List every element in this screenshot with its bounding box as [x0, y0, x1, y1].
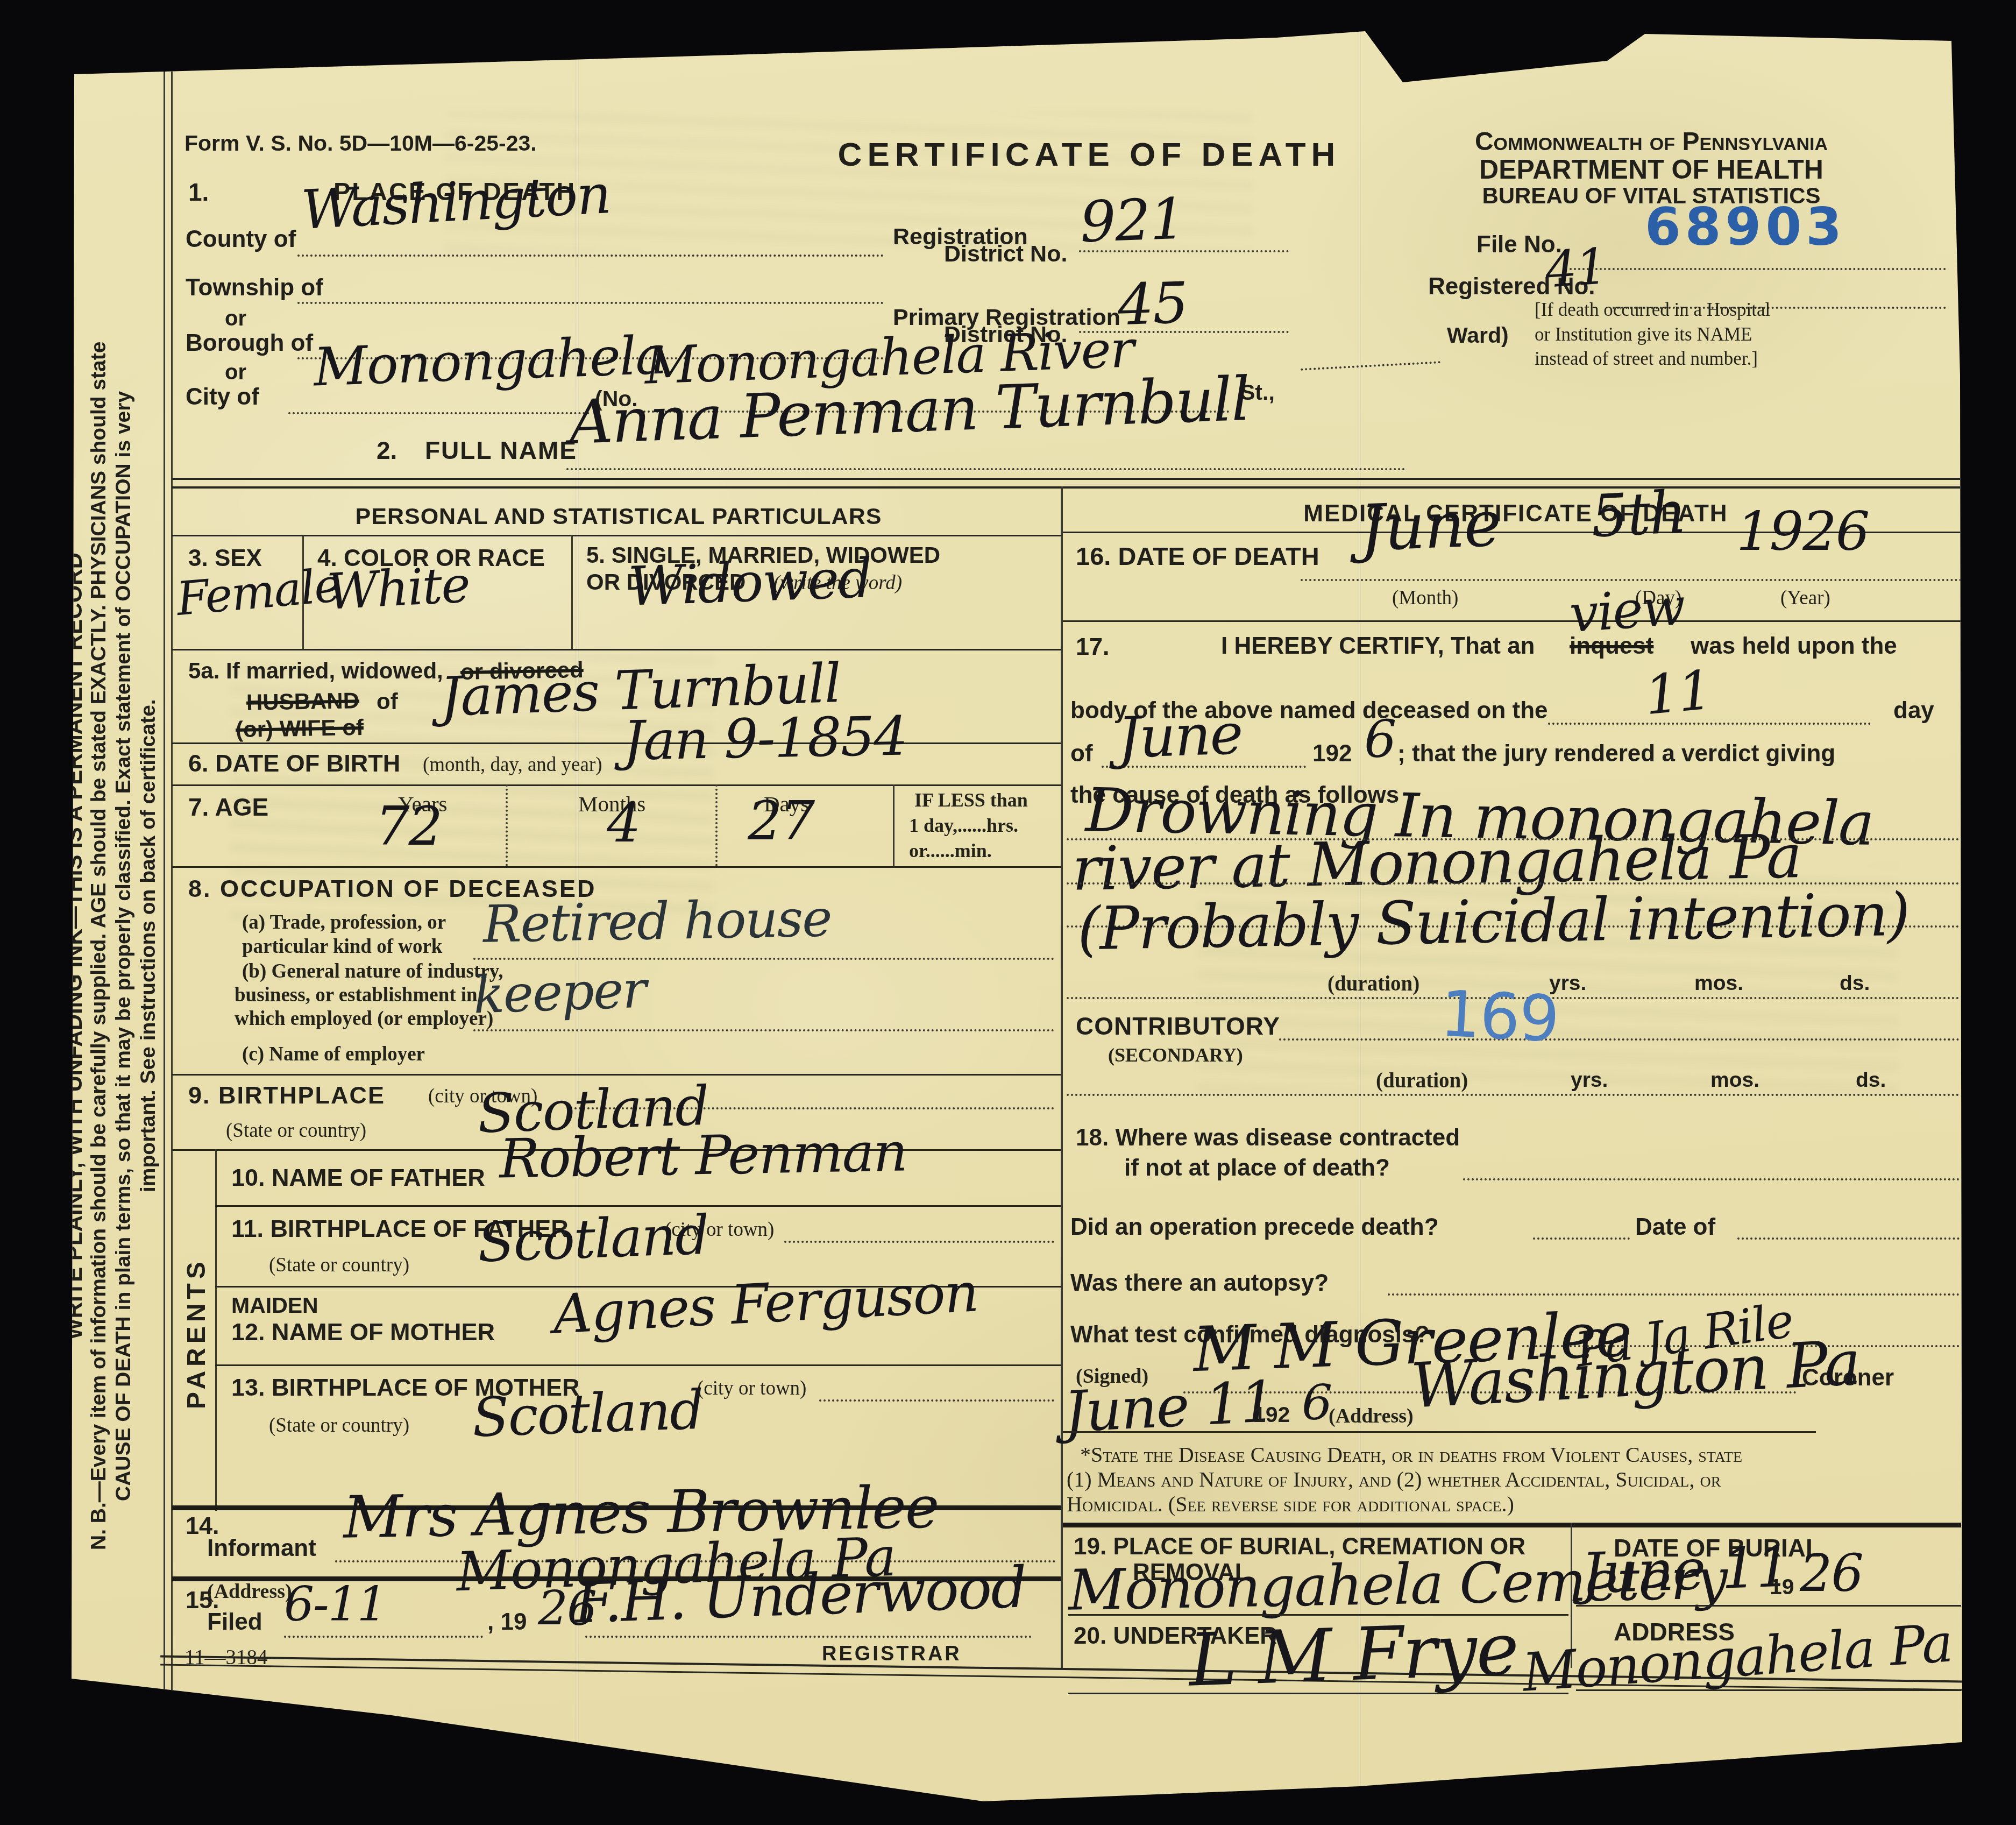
dod-year-label: (Year) [1780, 586, 1830, 610]
secondary-label: (SECONDARY) [1108, 1044, 1243, 1066]
column-divider [1061, 486, 1063, 1668]
fullname-label: FULL NAME [425, 436, 577, 465]
father-bp-line [784, 1241, 1054, 1243]
undertaker-signature: L M Frye [1188, 1612, 1519, 1696]
certify-month-value: June [1117, 706, 1243, 767]
dod-month-value: June [1359, 491, 1501, 560]
fullname-no: 2. [377, 436, 397, 465]
file-no-line [1570, 268, 1946, 270]
occ-b-value: keeper [472, 964, 647, 1021]
race-value: White [326, 560, 471, 617]
city-line [288, 412, 590, 414]
ward-label: Ward) [1447, 323, 1509, 348]
age-years-value: 72 [375, 800, 442, 853]
rule-under-12 [215, 1364, 1061, 1366]
place-section-no: 1. [188, 178, 209, 207]
mos-label-1: mos. [1694, 972, 1743, 995]
age-label: 7. AGE [188, 793, 268, 822]
rule-under-5a [172, 742, 1061, 744]
birthplace-label: 9. BIRTHPLACE [188, 1081, 385, 1109]
date-of-label: Date of [1635, 1214, 1715, 1241]
file-no-stamp: 68903 [1645, 197, 1846, 257]
dob-label: 6. DATE OF BIRTH [188, 749, 400, 777]
or-label-1: or [225, 307, 246, 331]
occ-b-line [473, 1029, 1054, 1031]
dob-value: Jan 9-1854 [622, 709, 907, 768]
city-label: City of [186, 384, 259, 411]
burial-year-value: 26 [1800, 1548, 1863, 1600]
s18-line-rule [1463, 1178, 1960, 1180]
s5a-struck-husband: HUSBAND [246, 688, 360, 716]
section-rule-top-a [172, 478, 1960, 480]
race-marital-divider [571, 535, 573, 649]
occ-b-label-2: business, or establishment in [235, 984, 478, 1007]
burial-19-printed: 19 [1770, 1574, 1794, 1600]
s5a-struck-wife-of: (or) WIFE of [236, 715, 364, 742]
rule-under-345 [172, 649, 1061, 650]
agency-commonwealth: Commonwealth of Pennsylvania [1436, 127, 1866, 157]
s18-line-2: if not at place of death? [1124, 1155, 1390, 1182]
rule-under-signed [1063, 1431, 1816, 1433]
rule-under-footnote [1063, 1523, 1961, 1527]
rule-under-8 [172, 1074, 1061, 1076]
margin-note-line3: important. See instructions on back of c… [137, 176, 160, 1715]
margin-rule-outer [164, 47, 165, 1691]
duration-label-1: (duration) [1328, 972, 1419, 996]
signed-year-value: 6 [1302, 1379, 1331, 1427]
county-value: Washington [300, 167, 612, 237]
autopsy-rule [1388, 1293, 1960, 1296]
yrs-label-2: yrs. [1571, 1069, 1608, 1092]
contributory-line [1279, 1038, 1960, 1041]
occ-a-line [473, 958, 1054, 960]
parents-bracket-line [215, 1149, 217, 1511]
duration-rule-2 [1067, 1094, 1960, 1096]
age-div-3 [893, 784, 895, 866]
certify-text-4: ; that the jury rendered a verdict givin… [1397, 740, 1835, 767]
certify-year-value: 6 [1364, 715, 1395, 766]
registrar-label: REGISTRAR [822, 1643, 962, 1666]
dod-month-label: (Month) [1392, 586, 1458, 610]
signed-19-printed: 192 [1253, 1402, 1290, 1427]
ds-label-2: ds. [1856, 1069, 1886, 1092]
registered-no-value: 41 [1544, 242, 1608, 295]
registrar-signature: F.H. Underwood [573, 1559, 1027, 1631]
occ-a-value: Retired house [482, 893, 832, 950]
filed-date-value: 6-11 [284, 1581, 386, 1628]
informant-label: Informant [207, 1535, 316, 1562]
undertaker-rule [1068, 1693, 1568, 1694]
birthplace-state-sub: (State or country) [226, 1119, 366, 1142]
mother-bp-value: Scotland [471, 1383, 704, 1445]
rule-under-16 [1063, 620, 1961, 622]
certify-handwritten-view: view [1568, 582, 1686, 641]
operation-rule [1533, 1237, 1630, 1240]
if-less-1: IF LESS than [914, 789, 1028, 811]
city-value: Monongahela [313, 329, 666, 394]
certify-text-2: was held upon the [1691, 633, 1897, 660]
autopsy-label: Was there an autopsy? [1070, 1270, 1329, 1297]
if-less-2: 1 day,......hrs. [909, 814, 1018, 837]
undertaker-address-value: Monongahela Pa [1521, 1617, 1954, 1700]
township-line [297, 302, 884, 304]
or-label-2: or [225, 360, 246, 385]
parents-label: PARENTS [182, 1156, 211, 1511]
margin-note-line1: N. B.—Every item of information should b… [87, 176, 111, 1715]
township-label: Township of [186, 274, 323, 301]
dod-label: 16. DATE OF DEATH [1076, 541, 1319, 571]
occ-b-label-3: which employed (or employer) [235, 1007, 493, 1030]
dod-day-value: 5th [1589, 483, 1687, 546]
dob-sublabel: (month, day, and year) [423, 753, 602, 776]
filed-line-1 [284, 1636, 483, 1638]
certify-no: 17. [1076, 633, 1110, 661]
footnote-line-3: Homicidal. (See reverse side for additio… [1067, 1491, 1514, 1517]
agency-department: DEPARTMENT OF HEALTH [1436, 154, 1866, 185]
registration-district-value: 921 [1079, 191, 1186, 251]
father-bp-state-sub: (State or country) [269, 1254, 409, 1277]
certify-192-printed: 192 [1312, 740, 1352, 767]
filed-label: Filed [207, 1609, 262, 1636]
age-months-value: 4 [607, 796, 640, 850]
signed-address-label: (Address) [1329, 1404, 1414, 1428]
father-bp-value: Scotland [477, 1208, 709, 1270]
if-less-3: or......min. [909, 839, 992, 862]
section-rule-top-b [172, 486, 1960, 489]
county-line [297, 254, 884, 257]
ward-line [1301, 361, 1440, 371]
certify-of-word: of [1070, 740, 1093, 767]
scan-background: WRITE PLAINLY, WITH UNFADING INK—THIS IS… [0, 0, 2016, 1825]
certify-day-line [1548, 723, 1871, 725]
mos-label-2: mos. [1710, 1069, 1759, 1092]
operation-label: Did an operation precede death? [1070, 1214, 1439, 1241]
s5a-of: of [377, 689, 398, 715]
cause-line-3: (Probably Suicidal intention) [1077, 885, 1909, 959]
mother-label: 12. NAME OF MOTHER [231, 1318, 495, 1346]
age-div-2 [715, 784, 718, 866]
certify-text-1: I HEREBY CERTIFY, That an [1221, 633, 1535, 660]
marital-value: Widowed [627, 551, 872, 614]
certify-day-word: day [1893, 697, 1934, 724]
rule-under-6 [172, 784, 1061, 786]
margin-rule-inner [171, 47, 173, 1691]
informant-address-label: (Address) [207, 1580, 292, 1603]
contributory-label: CONTRIBUTORY [1076, 1011, 1280, 1041]
maiden-label: MAIDEN [231, 1293, 318, 1318]
burial-date-rule [1576, 1605, 1961, 1607]
sex-value: Female [175, 562, 342, 623]
date-of-rule [1737, 1237, 1960, 1240]
filed-19-printed: , 19 [487, 1609, 527, 1636]
county-label: County of [186, 226, 296, 253]
personal-title-rule [172, 535, 1061, 536]
certificate-title: CERTIFICATE OF DEATH [818, 136, 1361, 174]
contributory-value: 169 [1439, 981, 1560, 1051]
mother-value: Agnes Ferguson [552, 1265, 979, 1341]
personal-title: PERSONAL AND STATISTICAL PARTICULARS [178, 504, 1060, 530]
rule-under-7 [172, 866, 1061, 868]
certificate-paper: WRITE PLAINLY, WITH UNFADING INK—THIS IS… [69, 31, 1962, 1801]
fullname-line [566, 468, 1405, 470]
form-number: Form V. S. No. 5D—10M—6-25-23. [184, 131, 537, 156]
mother-bp-state-sub: (State or country) [269, 1414, 409, 1437]
s18-line-1: 18. Where was disease contracted [1076, 1124, 1460, 1151]
certify-day-value: 11 [1643, 663, 1713, 723]
occ-b-label-1: (b) General nature of industry, [242, 960, 503, 983]
mother-bp-city-sub: (city or town) [697, 1377, 806, 1400]
father-label: 10. NAME OF FATHER [231, 1164, 485, 1192]
age-div-1 [506, 784, 508, 866]
burial-date-value: June 11 [1580, 1538, 1791, 1601]
duration-label-2: (duration) [1376, 1069, 1468, 1093]
ds-label-1: ds. [1840, 972, 1870, 995]
registration-line [1079, 250, 1289, 252]
margin-note-outer: WRITE PLAINLY, WITH UNFADING INK—THIS IS… [61, 166, 87, 1726]
father-value: Robert Penman [499, 1125, 907, 1186]
registration-district-label: District No. [944, 241, 1067, 267]
s5a-label: 5a. If married, widowed, [188, 658, 443, 684]
footnote-line-1: *State the Disease Causing Death, or in … [1080, 1442, 1742, 1467]
undertaker-address-rule [1576, 1689, 1961, 1691]
hospital-note: [If death occurred in a Hospital or Inst… [1535, 298, 1777, 371]
occ-c-label: (c) Name of employer [242, 1043, 425, 1066]
footnote-line-2: (1) Means and Nature of Injury, and (2) … [1067, 1467, 1721, 1492]
age-days-value: 27 [748, 794, 814, 848]
occ-a-label-2: particular kind of work [242, 935, 442, 958]
margin-note-line2: CAUSE OF DEATH in plain terms, so that i… [112, 176, 136, 1715]
dod-year-value: 1926 [1736, 505, 1869, 558]
borough-label: Borough of [186, 330, 313, 357]
mother-bp-line [819, 1399, 1054, 1402]
occ-a-label-1: (a) Trade, profession, or [242, 911, 446, 934]
registrar-line [585, 1636, 1032, 1638]
